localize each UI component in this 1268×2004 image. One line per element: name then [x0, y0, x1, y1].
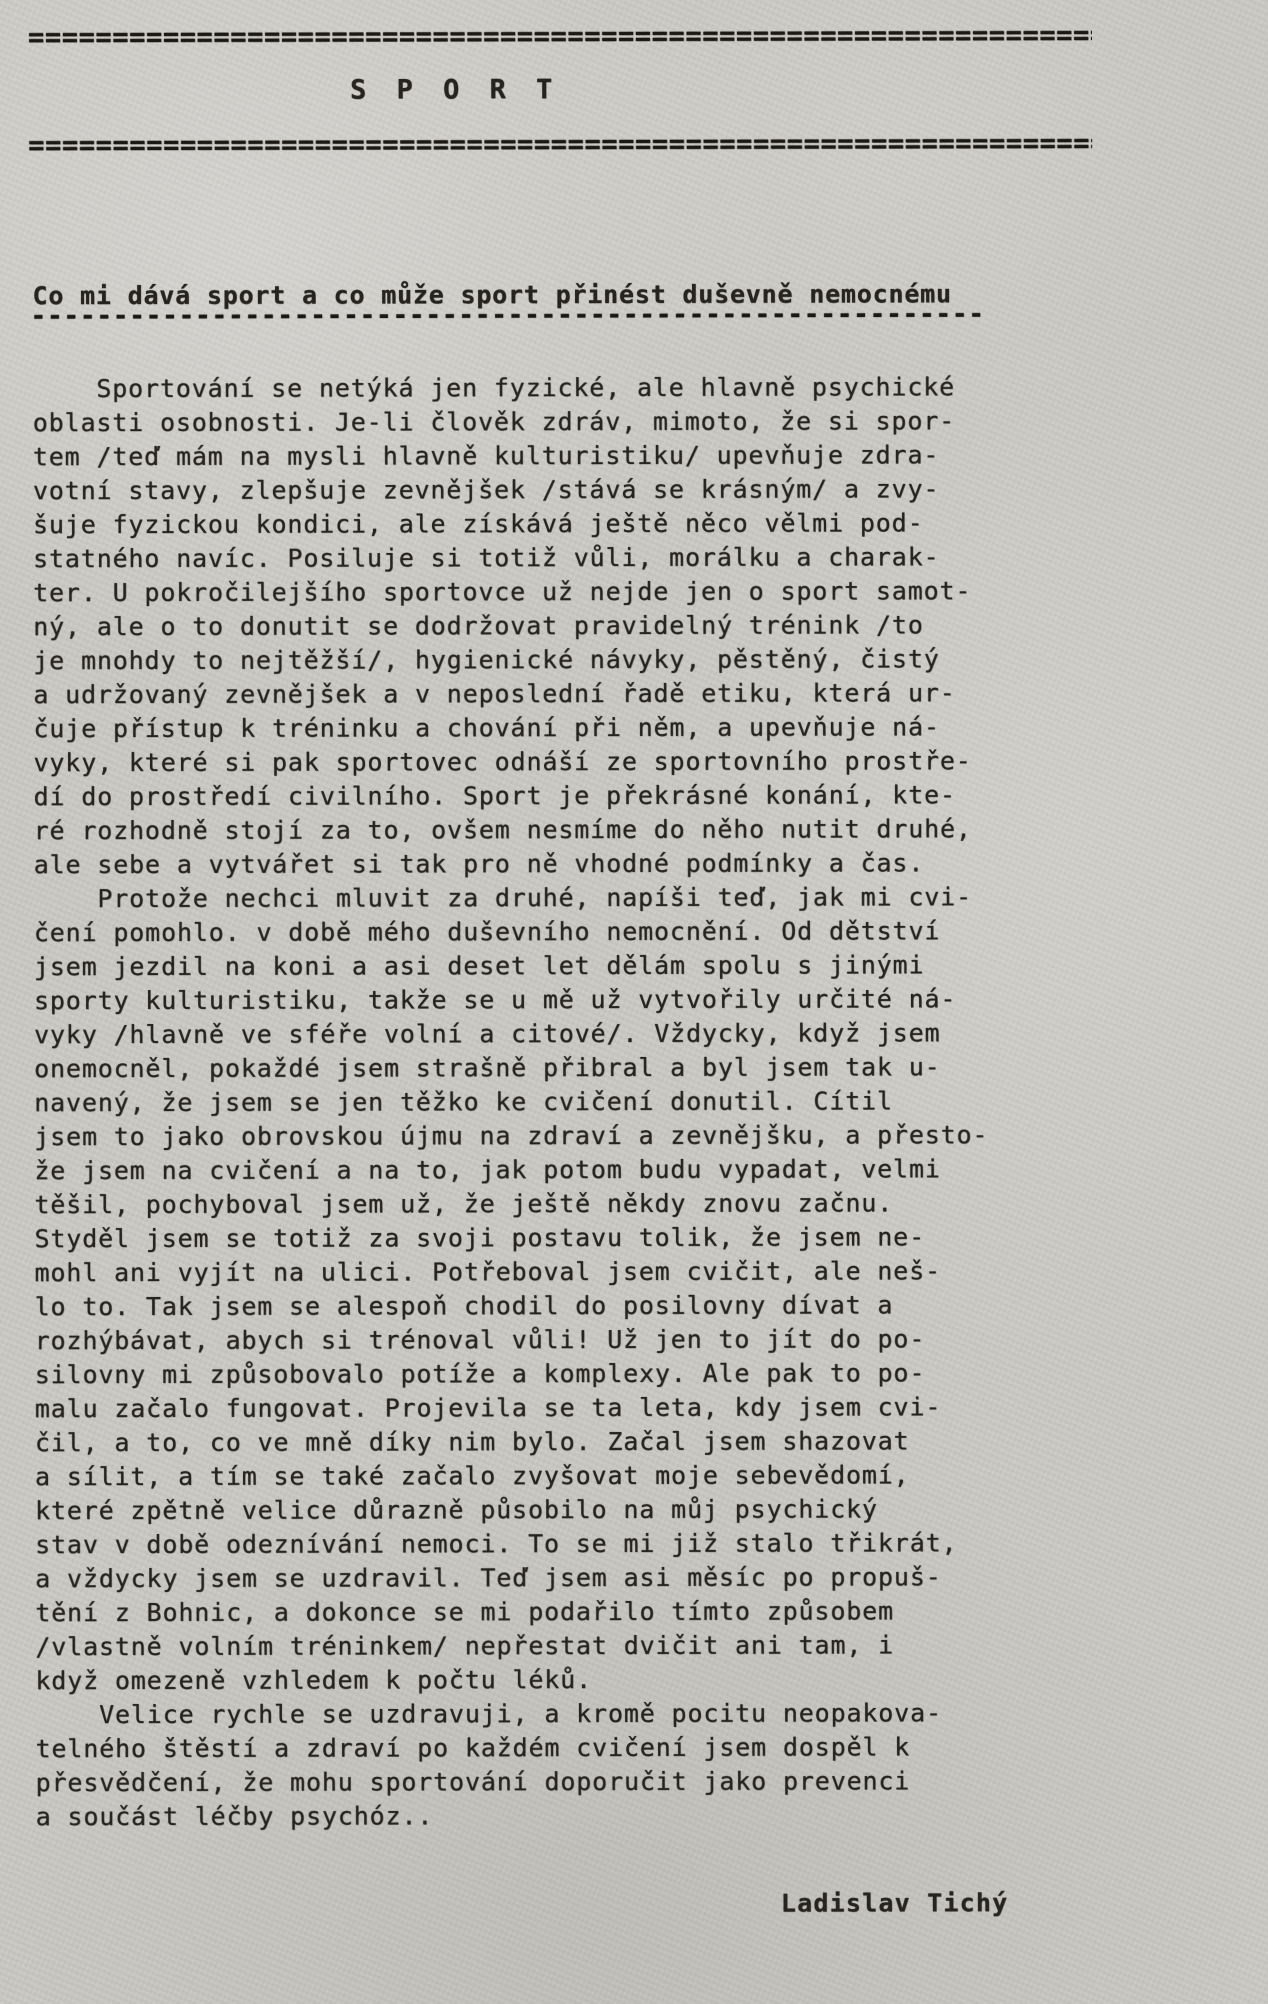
- body-line: ný, ale o to donutit se dodržovat pravid…: [33, 608, 1033, 644]
- page-title: S P O R T: [350, 74, 559, 106]
- document-page: ========================================…: [0, 0, 1268, 2004]
- body-line: ré rozhodně stojí za to, ovšem nesmíme d…: [34, 812, 1034, 848]
- body-line: onemocněl, pokaždé jsem strašně přibral …: [34, 1050, 1034, 1086]
- body-line: vyky, které si pak sportovec odnáší ze s…: [33, 744, 1033, 780]
- body-line: sporty kulturistiku, takže se u mě už vy…: [34, 982, 1034, 1018]
- body-line: lo to. Tak jsem se alespoň chodil do pos…: [35, 1288, 1035, 1324]
- body-line: jsem to jako obrovskou újmu na zdraví a …: [34, 1118, 1034, 1154]
- body-line: Velice rychle se uzdravuji, a kromě poci…: [35, 1696, 1035, 1732]
- body-line: tění z Bohnic, a dokonce se mi podařilo …: [35, 1594, 1035, 1630]
- body-line: rozhýbávat, abych si trénoval vůli! Už j…: [35, 1322, 1035, 1358]
- body-line: a součást léčby psychóz..: [36, 1798, 1036, 1834]
- body-line: těšil, pochyboval jsem už, že ještě někd…: [34, 1186, 1034, 1222]
- body-line: čuje přístup k tréninku a chování při ně…: [33, 710, 1033, 746]
- body-line: jsem jezdil na koni a asi deset let dělá…: [34, 948, 1034, 984]
- body-line: ter. U pokročilejšího sportovce už nejde…: [33, 574, 1033, 610]
- top-double-rule: ========================================…: [28, 19, 1092, 61]
- body-line: tem /teď mám na mysli hlavně kulturistik…: [33, 438, 1033, 474]
- body-line: čení pomohlo. v době mého duševního nemo…: [34, 914, 1034, 950]
- body-line: /vlastně volním tréninkem/ nepřestat dvi…: [35, 1628, 1035, 1664]
- body-line: ale sebe a vytvářet si tak pro ně vhodné…: [34, 846, 1034, 882]
- body-line: stav v době odeznívání nemoci. To se mi …: [35, 1526, 1035, 1562]
- body-line: Styděl jsem se totiž za svoji postavu to…: [34, 1220, 1034, 1256]
- body-line: je mnohdy to nejtěžší/, hygienické návyk…: [33, 642, 1033, 678]
- body-line: mohl ani vyjít na ulici. Potřeboval jsem…: [35, 1254, 1035, 1290]
- body-line: dí do prostředí civilního. Sport je přek…: [34, 778, 1034, 814]
- heading-underline: ----------------------------------------…: [31, 299, 981, 331]
- article-body: Sportování se netýká jen fyzické, ale hl…: [33, 370, 1036, 1834]
- body-line: oblasti osobnosti. Je-li člověk zdráv, m…: [33, 404, 1033, 440]
- body-line: že jsem na cvičení a na to, jak potom bu…: [34, 1152, 1034, 1188]
- body-line: které zpětně velice důrazně působilo na …: [35, 1492, 1035, 1528]
- author-signature: Ladislav Tichý: [781, 1887, 1009, 1919]
- body-line: šuje fyzickou kondici, ale získává ještě…: [33, 506, 1033, 542]
- body-line: čil, a to, co ve mně díky nim bylo. Zača…: [35, 1424, 1035, 1460]
- body-line: navený, že jsem se jen těžko ke cvičení …: [34, 1084, 1034, 1120]
- body-line: votní stavy, zlepšuje zevnějšek /stává s…: [33, 472, 1033, 508]
- body-line: Protože nechci mluvit za druhé, napíši t…: [34, 880, 1034, 916]
- body-line: když omezeně vzhledem k počtu léků.: [35, 1662, 1035, 1698]
- body-line: a udržovaný zevnějšek a v neposlední řad…: [33, 676, 1033, 712]
- body-line: Sportování se netýká jen fyzické, ale hl…: [33, 370, 1033, 406]
- body-line: silovny mi způsobovalo potíže a komplexy…: [35, 1356, 1035, 1392]
- body-line: a vždycky jsem se uzdravil. Teď jsem asi…: [35, 1560, 1035, 1596]
- scanned-content: ========================================…: [0, 0, 1268, 2004]
- body-line: malu začalo fungovat. Projevila se ta le…: [35, 1390, 1035, 1426]
- body-line: vyky /hlavně ve sféře volní a citové/. V…: [34, 1016, 1034, 1052]
- body-line: a sílit, a tím se také začalo zvyšovat m…: [35, 1458, 1035, 1494]
- body-line: statného navíc. Posiluje si totiž vůli, …: [33, 540, 1033, 576]
- body-line: přesvědčení, že mohu sportování doporuči…: [36, 1764, 1036, 1800]
- body-line: telného štěstí a zdraví po každém cvičen…: [36, 1730, 1036, 1766]
- under-title-double-rule: ========================================…: [28, 127, 1092, 169]
